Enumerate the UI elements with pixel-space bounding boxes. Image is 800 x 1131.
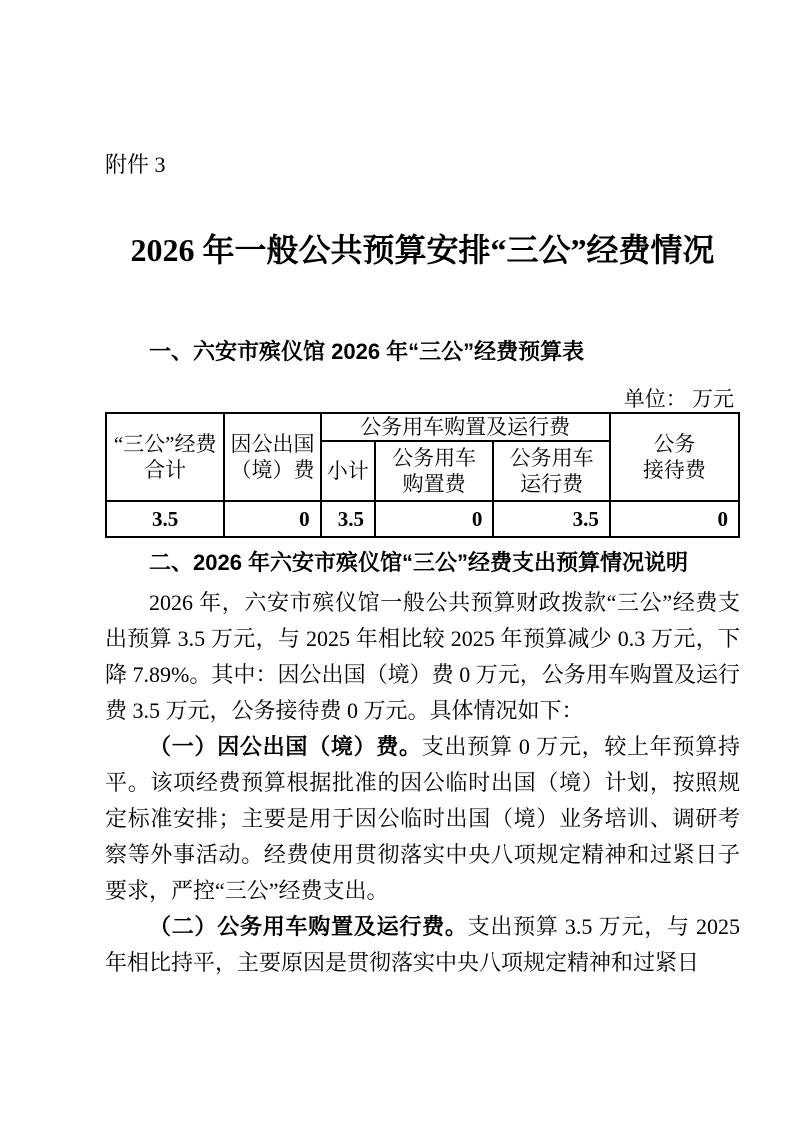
value-subtotal: 3.5	[321, 501, 375, 537]
header-purchase-line1: 公务用车	[376, 445, 492, 471]
header-operation: 公务用车 运行费	[493, 441, 609, 501]
header-abroad-line2: （境）费	[225, 457, 319, 483]
attachment-label: 附件 3	[105, 152, 740, 178]
header-operation-line1: 公务用车	[494, 445, 608, 471]
header-vehicle-group: 公务用车购置及运行费	[321, 413, 610, 441]
value-operation: 3.5	[493, 501, 609, 537]
header-abroad-line1: 因公出国	[225, 431, 319, 457]
paragraph-abroad-fee: （一）因公出国（境）费。支出预算 0 万元，较上年预算持平。该项经费预算根据批准…	[105, 729, 740, 909]
paragraph-overview-text: 2026 年，六安市殡仪馆一般公共预算财政拨款“三公”经费支出预算 3.5 万元…	[105, 590, 740, 723]
header-subtotal: 小计	[321, 441, 375, 501]
header-purchase-line2: 购置费	[376, 471, 492, 497]
section2-heading: 二、2026 年六安市殡仪馆“三公”经费支出预算情况说明	[105, 549, 740, 577]
table-row: 3.5 0 3.5 0 3.5 0	[106, 501, 739, 537]
header-total-line2: 合计	[107, 457, 223, 483]
header-total-line1: “三公”经费	[107, 431, 223, 457]
value-reception: 0	[610, 501, 739, 537]
document-page: 附件 3 2026 年一般公共预算安排“三公”经费情况 一、六安市殡仪馆 202…	[0, 0, 800, 981]
value-total: 3.5	[106, 501, 224, 537]
header-reception: 公务 接待费	[610, 413, 739, 501]
section2-body: 2026 年，六安市殡仪馆一般公共预算财政拨款“三公”经费支出预算 3.5 万元…	[105, 585, 740, 981]
section1-heading: 一、六安市殡仪馆 2026 年“三公”经费预算表	[105, 338, 740, 366]
header-reception-line2: 接待费	[611, 457, 738, 483]
paragraph-abroad-fee-bold: （一）因公出国（境）费。	[149, 734, 422, 759]
header-total: “三公”经费 合计	[106, 413, 224, 501]
paragraph-overview: 2026 年，六安市殡仪馆一般公共预算财政拨款“三公”经费支出预算 3.5 万元…	[105, 585, 740, 729]
unit-label: 单位： 万元	[105, 386, 740, 412]
sangong-budget-table: “三公”经费 合计 因公出国 （境）费 公务用车购置及运行费 公务 接待费 小计…	[105, 412, 740, 538]
paragraph-vehicle-fee: （二）公务用车购置及运行费。支出预算 3.5 万元，与 2025 年相比持平，主…	[105, 909, 740, 981]
header-reception-line1: 公务	[611, 431, 738, 457]
document-title: 2026 年一般公共预算安排“三公”经费情况	[105, 230, 740, 270]
header-purchase: 公务用车 购置费	[375, 441, 493, 501]
header-operation-line2: 运行费	[494, 471, 608, 497]
paragraph-vehicle-fee-bold: （二）公务用车购置及运行费。	[149, 914, 468, 939]
header-abroad: 因公出国 （境）费	[224, 413, 320, 501]
value-abroad: 0	[224, 501, 320, 537]
paragraph-abroad-fee-text: 支出预算 0 万元，较上年预算持平。该项经费预算根据批准的因公临时出国（境）计划…	[105, 734, 740, 903]
value-purchase: 0	[375, 501, 493, 537]
